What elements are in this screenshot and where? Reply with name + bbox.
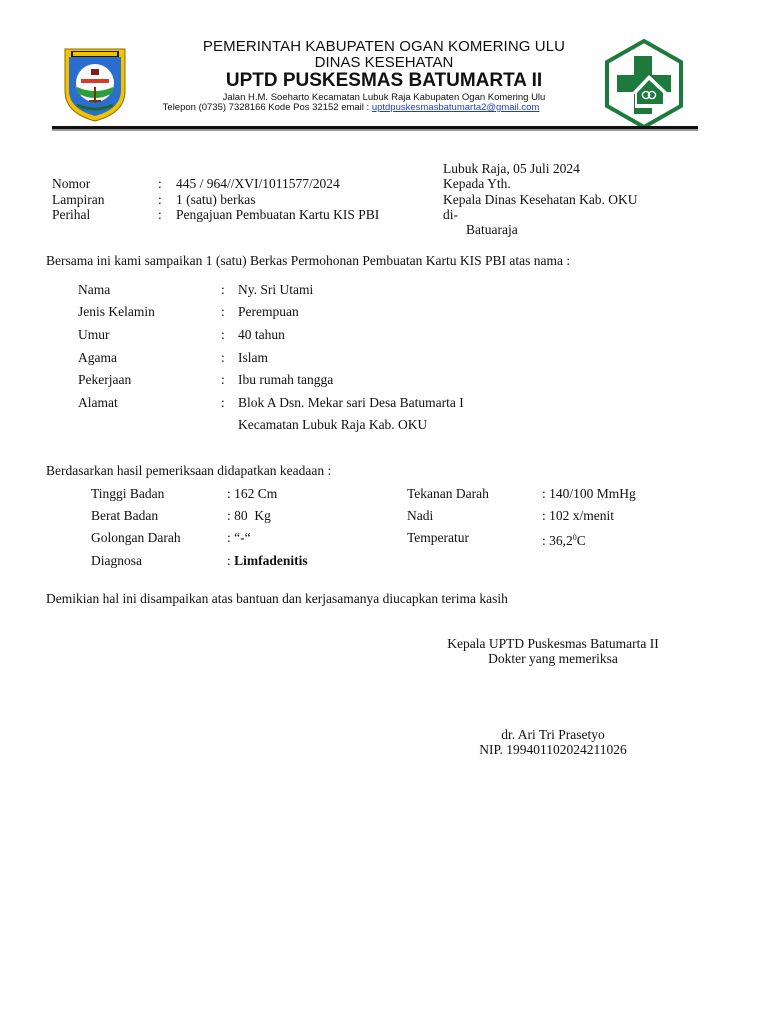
letterhead-divider-shadow	[52, 129, 698, 131]
email-link[interactable]: uptdpuskesmasbatumarta2@gmail.com	[372, 102, 540, 113]
signature-subtitle: Dokter yang memeriksa	[400, 651, 706, 666]
field-label-lampiran: Lampiran	[52, 192, 104, 207]
patient-label: Agama	[78, 350, 117, 365]
closing-paragraph: Demikian hal ini disampaikan atas bantua…	[46, 591, 508, 606]
exam-label: Temperatur	[407, 530, 469, 545]
field-value-perihal: Pengajuan Pembuatan Kartu KIS PBI	[176, 207, 379, 222]
field-label-nomor: Nomor	[52, 176, 90, 191]
exam-label: Tinggi Badan	[91, 486, 164, 501]
patient-value: Islam	[238, 350, 268, 365]
temperature-value: : 36,20C	[542, 530, 586, 548]
letterhead-department: DINAS KESEHATAN	[0, 54, 768, 71]
exam-value: : “-“	[227, 530, 251, 545]
signature-title: Kepala UPTD Puskesmas Batumarta II	[400, 636, 706, 651]
diagnosis-text: Limfadenitis	[234, 553, 308, 568]
patient-sep: :	[221, 304, 225, 319]
patient-value: Perempuan	[238, 304, 299, 319]
field-value-lampiran: 1 (satu) berkas	[176, 192, 255, 207]
recipient-name: Kepala Dinas Kesehatan Kab. OKU	[443, 192, 638, 207]
patient-address-line2: Kecamatan Lubuk Raja Kab. OKU	[238, 417, 427, 432]
exam-label: Nadi	[407, 508, 433, 523]
exam-value: : 80 Kg	[227, 508, 271, 523]
temperature-unit: C	[577, 533, 586, 548]
signatory-name: dr. Ari Tri Prasetyo	[400, 727, 706, 742]
exam-value: : 162 Cm	[227, 486, 277, 501]
place-date: Lubuk Raja, 05 Juli 2024	[443, 161, 580, 176]
intro-paragraph: Bersama ini kami sampaikan 1 (satu) Berk…	[46, 253, 570, 268]
recipient-city: Batuaraja	[466, 222, 518, 237]
patient-sep: :	[221, 327, 225, 342]
letterhead-contact: Telepon (0735) 7328166 Kode Pos 32152 em…	[0, 102, 702, 113]
patient-label: Alamat	[78, 395, 118, 410]
exam-label: Tekanan Darah	[407, 486, 489, 501]
exam-label: Berat Badan	[91, 508, 158, 523]
patient-label: Umur	[78, 327, 110, 342]
patient-value: Ny. Sri Utami	[238, 282, 313, 297]
field-sep: :	[158, 207, 162, 222]
signatory-nip: NIP. 199401102024211026	[400, 742, 706, 757]
patient-value: Ibu rumah tangga	[238, 372, 333, 387]
field-label-perihal: Perihal	[52, 207, 90, 222]
field-value-nomor: 445 / 964//XVI/1011577/2024	[176, 176, 340, 191]
patient-label: Pekerjaan	[78, 372, 131, 387]
patient-value: Blok A Dsn. Mekar sari Desa Batumarta I	[238, 395, 464, 410]
exam-intro: Berdasarkan hasil pemeriksaan didapatkan…	[46, 463, 331, 478]
exam-label: Diagnosa	[91, 553, 142, 568]
patient-label: Jenis Kelamin	[78, 304, 155, 319]
patient-sep: :	[221, 395, 225, 410]
exam-value: : 140/100 MmHg	[542, 486, 636, 501]
recipient-di: di-	[443, 207, 458, 222]
exam-label: Golongan Darah	[91, 530, 181, 545]
recipient-greeting: Kepada Yth.	[443, 176, 511, 191]
patient-sep: :	[221, 282, 225, 297]
patient-value: 40 tahun	[238, 327, 285, 342]
letterhead-government: PEMERINTAH KABUPATEN OGAN KOMERING ULU	[0, 38, 768, 55]
patient-label: Nama	[78, 282, 110, 297]
temperature-number: : 36,2	[542, 533, 573, 548]
letterhead-institution: UPTD PUSKESMAS BATUMARTA II	[0, 70, 768, 92]
patient-sep: :	[221, 372, 225, 387]
diagnosis-value: : Limfadenitis	[227, 553, 308, 568]
field-sep: :	[158, 192, 162, 207]
patient-sep: :	[221, 350, 225, 365]
contact-text: Telepon (0735) 7328166 Kode Pos 32152 em…	[163, 102, 372, 113]
field-sep: :	[158, 176, 162, 191]
exam-value: : 102 x/menit	[542, 508, 614, 523]
